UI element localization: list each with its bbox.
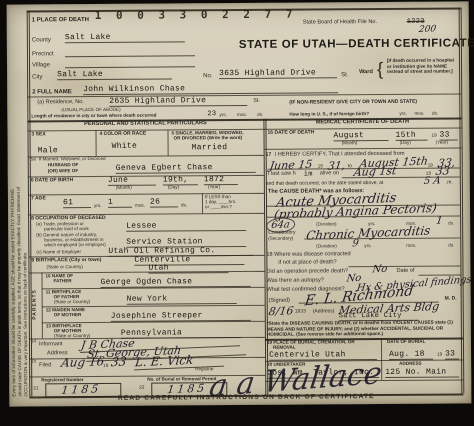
age-label: 7 AGE: [31, 196, 46, 201]
dod-sub-year: (Year): [436, 141, 448, 146]
rule: [202, 193, 203, 213]
burial-date-value: Aug. 18: [389, 350, 433, 360]
precinct-blank: [65, 48, 195, 57]
village-blank: [65, 59, 195, 68]
file-number-label: State Board of Health File No.: [303, 20, 377, 26]
us-length-label: How long in U. S., if of foreign birth?: [289, 112, 369, 117]
dob-sub-day: (Day): [168, 185, 179, 190]
dob-sub-month: (Month): [116, 186, 132, 191]
dob-sub-year: (Year): [208, 185, 220, 190]
dod-sub-month: (Month): [342, 141, 358, 146]
undertaker-address-label: ADDRESS: [399, 362, 422, 367]
ward-note: [If death occurred in a hospital or inst…: [387, 57, 457, 74]
burial-date-year: 33: [445, 349, 459, 359]
last-saw-him: im: [304, 170, 313, 178]
contributory-sub-label: (Secondary): [268, 237, 293, 242]
burial-date-label: DATE OF BURIAL: [387, 340, 425, 345]
contrib-duration-mos: mos.: [406, 244, 416, 249]
father-birthplace-value: New York: [127, 294, 237, 305]
marital-label-2: OR DIVORCED (Write the word): [174, 136, 243, 141]
where-contracted-label-2: if not at place of death?: [278, 260, 336, 266]
cause-footnote: *State the DISEASE CAUSING DEATH, or in …: [267, 319, 459, 337]
birthplace-sub-label: (State or Country): [46, 265, 83, 270]
registration-stamp-number: 1 0 0 3 3 0 2 2 7 7: [95, 8, 297, 22]
spouse-value: Geneva Egbert Chase: [116, 163, 256, 174]
contrib-duration-yrs: yrs.: [364, 244, 371, 249]
city-label: City: [32, 74, 42, 80]
death-time-m: .m.: [446, 181, 453, 186]
where-contracted-label-1: 18 Where was disease contracted: [266, 252, 350, 258]
spouse-num: 5a: [31, 157, 36, 162]
mother-name-label-2: OF MOTHER: [54, 313, 82, 318]
informant-num: 14: [31, 339, 36, 344]
certificate-title: STATE OF UTAH—DEATH CERTIFICATE: [239, 37, 474, 51]
sign-year: 1933: [295, 310, 306, 315]
filed-19: 19: [103, 364, 108, 369]
length-residence-label: Length of residence in city or town wher…: [31, 114, 156, 120]
place-st-label: St.: [341, 72, 348, 78]
spouse-label-3: (OR) WIFE OF: [48, 169, 78, 174]
sign-date-value: 8/16: [268, 304, 294, 318]
death-time-value: 5 A: [423, 175, 441, 187]
undertaker-address-value: 125 No. Main: [385, 367, 459, 378]
rule: [264, 147, 462, 149]
place-of-death-label: 1 PLACE OF DEATH: [32, 17, 89, 24]
marital-value: Married: [192, 143, 228, 152]
last-saw-label-2: alive on: [320, 171, 339, 177]
length-residence-units: yrs. mos. ds.: [219, 113, 263, 118]
burial-permit-num: 22: [139, 386, 144, 391]
burial-date-19: 19: [437, 353, 442, 358]
operation-value: No: [372, 264, 388, 276]
registered-number-value: 1185: [60, 382, 102, 397]
parents-vertical-label: PARENTS: [33, 278, 39, 330]
father-birthplace-label-3: (State or Country): [54, 300, 91, 305]
rule: [342, 176, 460, 178]
us-length-units: yrs. mos. ds.: [399, 112, 438, 117]
county-label: County: [32, 37, 51, 43]
contrib-duration-label: (Duration): [316, 244, 336, 249]
occupation-a-value: Lessee: [126, 221, 246, 232]
full-name-value: John Wilkinson Chase: [83, 83, 338, 95]
age-note-3: or ____min.?: [205, 205, 232, 210]
precinct-label: Precinct: [32, 51, 54, 57]
last-saw-label-1: I last saw h: [268, 172, 296, 178]
address-label: (Address): [313, 309, 335, 314]
date-of-label: Date of: [396, 269, 414, 275]
place-street-no-label: No.: [203, 73, 212, 79]
informant-label: Informant: [39, 342, 63, 348]
contrib-duration-value: 9: [352, 238, 360, 249]
residence-st-label: St.: [253, 99, 260, 105]
race-value: White: [112, 142, 138, 151]
death-occurred-label: and that death occurred, on the date sta…: [266, 181, 384, 187]
village-label: Village: [32, 62, 50, 68]
age-years: 61: [63, 198, 91, 208]
nonresident-note: (IF NON-RESIDENT GIVE CITY OR TOWN AND S…: [289, 100, 417, 106]
right-section-title: MEDICAL CERTIFICATE OF DEATH: [263, 119, 461, 126]
duration-value: 1: [435, 215, 443, 226]
certificate-paper: Every item of information should be care…: [7, 1, 472, 406]
father-name-label-2: FATHER: [54, 279, 72, 284]
age-ds-unit: ds.: [181, 203, 187, 208]
file-number-handwritten: 200: [418, 24, 437, 35]
md-label: M. D.: [445, 296, 457, 301]
date-of-death-label: 16 DATE OF DEATH: [267, 130, 314, 136]
autopsy-label: Was there an autopsy?: [267, 278, 324, 284]
age-months: 1: [108, 198, 132, 208]
filed-num: 15: [31, 359, 36, 364]
operation-label: Did an operation precede death?: [266, 269, 348, 275]
ward-label: Ward: [359, 70, 373, 76]
ward-brace: {: [377, 60, 383, 79]
contrib-duration-ds: ds.: [448, 243, 454, 248]
residence-label: (a) Residence, No.: [37, 100, 84, 106]
sex-value: Male: [38, 146, 58, 155]
residence-value: 2635 Highland Drive: [109, 96, 247, 107]
filed-year-value: 33: [110, 354, 127, 369]
rule: [95, 130, 96, 156]
age-days: 26: [150, 197, 178, 207]
race-label: 4 COLOR OR RACE: [99, 132, 146, 138]
place-street-value: 3635 Highland Drive: [219, 68, 337, 79]
form-right-border: [459, 7, 466, 393]
county-value: Salt Lake: [65, 32, 185, 43]
dob-label: 6 DATE OF BIRTH: [31, 178, 73, 184]
filed-label: Filed: [39, 363, 51, 369]
filed-date-value: Aug 16: [60, 354, 105, 370]
duration-ds: ds.: [448, 221, 454, 226]
length-residence-value: 23: [207, 110, 216, 118]
registered-number-num: 21: [33, 386, 38, 391]
date-of-death-19: 19: [432, 134, 437, 139]
full-name-label: 2 FULL NAME: [32, 89, 72, 96]
age-mos-unit: mos.: [135, 204, 145, 209]
certify-num: 17: [266, 153, 272, 158]
occupation-c-label: (c) Name of Employer: [36, 250, 81, 255]
birthplace-label: 9 BIRTHPLACE (City or town): [31, 258, 101, 264]
sex-label: 3 SEX: [31, 132, 45, 137]
rule: [167, 129, 168, 155]
dod-sub-day: (Day): [400, 141, 411, 146]
occupation-b-label-3: which employed (or employer): [44, 243, 106, 248]
left-section-title: PERSONAL AND STATISTICAL PARTICULARS: [27, 121, 263, 129]
city-value: Salt Lake: [57, 69, 172, 80]
age-yrs-unit: yrs.: [94, 204, 101, 209]
